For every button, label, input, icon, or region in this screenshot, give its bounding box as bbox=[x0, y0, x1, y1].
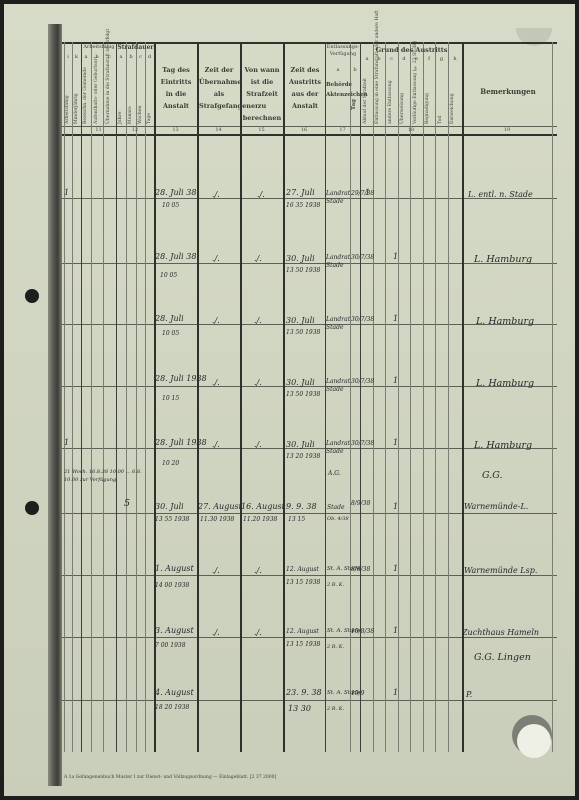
takeover-time: ./. bbox=[212, 378, 220, 387]
col-line bbox=[325, 42, 326, 752]
col-line bbox=[360, 42, 361, 752]
remark-extra: G.G. bbox=[482, 470, 503, 481]
binding-edge bbox=[48, 24, 62, 786]
col-line bbox=[72, 42, 73, 752]
sub-label: a bbox=[81, 54, 91, 61]
authority-extra: 2 R. K. bbox=[327, 706, 344, 712]
sentence-start: ./. bbox=[257, 190, 265, 199]
sentence-start: ./. bbox=[254, 566, 262, 575]
register-table: Arbeitsfähig Strafdauer i k a b c a b c … bbox=[62, 30, 557, 752]
authority: Landrat Stade bbox=[326, 190, 350, 206]
authority: Landrat Stade bbox=[326, 378, 350, 394]
entry-time: 10 05 bbox=[162, 330, 179, 337]
col-line bbox=[64, 42, 65, 752]
col-17b-header: Tag bbox=[352, 90, 357, 110]
exit-time: 13 15 1938 bbox=[286, 579, 320, 586]
col-line bbox=[462, 42, 464, 752]
exit-reason-mark: 1 bbox=[393, 438, 398, 447]
col-line bbox=[197, 42, 199, 752]
sentence-start: ./. bbox=[254, 628, 262, 637]
col-line bbox=[103, 42, 104, 752]
col-line bbox=[145, 42, 146, 752]
col-line bbox=[81, 42, 82, 752]
col-line bbox=[116, 42, 117, 752]
entry-date: 28. Juli 38 bbox=[155, 188, 196, 197]
authority: Landrat Stade bbox=[326, 316, 350, 332]
sub-label: i bbox=[64, 54, 72, 61]
column-number: 18 bbox=[360, 127, 462, 133]
exit-reason-mark: 1 bbox=[393, 314, 398, 323]
col-line bbox=[448, 42, 449, 752]
column-number: 19 bbox=[462, 127, 552, 133]
remark: Zuchthaus Hameln bbox=[462, 628, 539, 637]
takeover-time: 27. August bbox=[198, 502, 242, 511]
column-number: 14 bbox=[197, 127, 240, 133]
authority-extra: 2 R. K. bbox=[327, 644, 344, 650]
document-sheet: Arbeitsfähig Strafdauer i k a b c a b c … bbox=[4, 4, 575, 796]
entry-date: 28. Juli 38 bbox=[155, 252, 196, 261]
col-16-header: Zeit des Austritts aus der Anstalt bbox=[285, 64, 325, 112]
entry-date: 28. Juli 1938 bbox=[155, 374, 207, 383]
release-day: 30/7/38 bbox=[351, 378, 374, 385]
sub-label: a bbox=[361, 56, 373, 63]
col-line bbox=[552, 42, 553, 752]
col-17-title: Entlassungs-Verfügung bbox=[326, 44, 360, 58]
remark: Warnemünde-L. bbox=[464, 502, 528, 511]
vertical-label: Ablauf der Strafzeit bbox=[363, 68, 368, 124]
sentence-start: ./. bbox=[254, 440, 262, 449]
punch-hole-bottom bbox=[25, 501, 39, 515]
sub-label: b bbox=[126, 54, 136, 61]
release-day: 10/8/38 bbox=[351, 628, 374, 635]
sub-label: d bbox=[398, 56, 410, 63]
vertical-label: Entlassung in eine Strafanstalt oder and… bbox=[375, 68, 380, 124]
authority-extra: A.G. bbox=[328, 470, 341, 477]
entry-date: 28. Juli bbox=[155, 314, 184, 323]
vertical-label: Tod bbox=[438, 108, 443, 124]
sub-label: k bbox=[72, 54, 81, 61]
exit-date: 9. 9. 38 bbox=[286, 502, 317, 511]
sub-label: b bbox=[350, 67, 360, 74]
sentence-start: 16. August bbox=[241, 502, 285, 511]
exit-date: 12. August bbox=[286, 566, 319, 573]
vertical-label: andere Entlassung bbox=[388, 68, 393, 124]
col-14-header: Zeit der Übernahme als Strafgefangener bbox=[199, 64, 239, 112]
sub-label: g bbox=[435, 56, 448, 63]
col-19-header: Bemerkungen bbox=[464, 86, 552, 98]
vertical-label: Überweisung bbox=[400, 88, 405, 124]
authority-extra: 2 R. K. bbox=[327, 582, 344, 588]
sub-label: c bbox=[136, 54, 145, 61]
exit-time: 13 50 1938 bbox=[286, 329, 320, 336]
entry-date: 1. August bbox=[155, 564, 194, 573]
entry-time: 10 05 bbox=[162, 202, 179, 209]
sentence-start: ./. bbox=[254, 316, 262, 325]
exit-reason-mark: 1 bbox=[365, 188, 370, 197]
sub-label: h bbox=[448, 56, 462, 63]
exit-date: 23. 9. 38 bbox=[286, 688, 322, 697]
vertical-label: Bezeichn. der Gemeinde bbox=[83, 64, 88, 124]
col-line bbox=[240, 42, 242, 752]
exit-time: 13 15 bbox=[288, 516, 305, 523]
exit-time: 13 50 1938 bbox=[286, 267, 320, 274]
sentence-start: ./. bbox=[254, 378, 262, 387]
group-12-title: Strafdauer bbox=[117, 42, 154, 54]
vertical-label: Begnadigung bbox=[425, 90, 430, 124]
exit-date: 27. Juli bbox=[286, 188, 315, 197]
release-day: 29/7/38 bbox=[351, 190, 374, 197]
takeover-clock: 11.30 1938 bbox=[200, 516, 234, 523]
row-mark: 1 bbox=[64, 188, 69, 197]
col-line bbox=[283, 42, 285, 752]
entry-time: 7 00 1938 bbox=[155, 642, 186, 649]
exit-date: 30. Juli bbox=[286, 378, 315, 387]
authority: Stade bbox=[327, 504, 345, 511]
vertical-label: Minderjährig bbox=[74, 90, 79, 124]
col-line bbox=[398, 42, 399, 752]
entry-time: 10 15 bbox=[162, 395, 179, 402]
takeover-time: ./. bbox=[212, 254, 220, 263]
authority: Landrat Stade bbox=[326, 254, 350, 270]
col-15-header: Von wann ist die Strafzeit zu berechnen bbox=[242, 64, 282, 124]
entry-time: 10 05 bbox=[160, 272, 177, 279]
vertical-label: Wochen bbox=[138, 106, 143, 124]
remark: L. Hamburg bbox=[474, 254, 532, 265]
remark-extra: G.G. Lingen bbox=[474, 650, 554, 666]
authority: Landrat Stade bbox=[326, 440, 350, 456]
col-line bbox=[136, 42, 137, 752]
sub-label: a bbox=[326, 67, 350, 74]
takeover-time: ./. bbox=[212, 628, 220, 637]
release-day: 8/9/38 bbox=[351, 500, 370, 507]
takeover-time: ./. bbox=[212, 316, 220, 325]
sub-label: a bbox=[116, 54, 126, 61]
column-number: 16 bbox=[283, 127, 325, 133]
sentence-duration: 5 bbox=[124, 498, 130, 509]
exit-time: 13 30 bbox=[288, 704, 311, 713]
row-mark: 1 bbox=[64, 438, 69, 447]
release-day: 30/7/38 bbox=[351, 254, 374, 261]
exit-date: 30. Juli bbox=[286, 440, 315, 449]
entry-date: 30. Juli bbox=[155, 502, 184, 511]
exit-reason-mark: 1 bbox=[393, 564, 398, 573]
release-day: 8/8/38 bbox=[351, 566, 370, 573]
vertical-label: Arbeitsfähig bbox=[65, 90, 70, 124]
vertical-label: Tage bbox=[147, 106, 152, 124]
remark: L. entl. n. Stade bbox=[468, 190, 533, 199]
sub-label: f bbox=[423, 56, 435, 63]
column-number: 13 bbox=[154, 127, 197, 133]
remark: L. Hamburg bbox=[476, 316, 534, 327]
remark: Warnemünde Lsp. bbox=[464, 566, 537, 575]
sentence-start-clock: 11.20 1938 bbox=[243, 516, 277, 523]
entry-time: 18 20 1938 bbox=[155, 704, 189, 711]
release-day: 19/9 bbox=[351, 690, 364, 697]
sentence-start: ./. bbox=[254, 254, 262, 263]
remark: L. Hamburg bbox=[476, 378, 534, 389]
column-number: 15 bbox=[240, 127, 283, 133]
exit-date: 12. August bbox=[286, 628, 319, 635]
exit-time: 16 35 1938 bbox=[286, 202, 320, 209]
exit-reason-mark: 1 bbox=[393, 626, 398, 635]
exit-time: 13 50 1938 bbox=[286, 391, 320, 398]
exit-time: 13 20 1938 bbox=[286, 453, 320, 460]
col-13-header: Tag des Eintritts in die Anstalt bbox=[156, 64, 196, 112]
column-number: 11 bbox=[81, 127, 116, 133]
exit-reason-mark: 1 bbox=[393, 252, 398, 261]
col-line bbox=[350, 42, 351, 752]
col-line bbox=[385, 42, 386, 752]
exit-date: 30. Juli bbox=[286, 316, 315, 325]
col-17a-header: Behörde Aktenzeichen bbox=[326, 80, 350, 100]
column-number: 17 bbox=[325, 127, 360, 133]
col-line bbox=[423, 42, 424, 752]
takeover-time: ./. bbox=[212, 190, 220, 199]
column-number: 12 bbox=[116, 127, 154, 133]
entry-date: 4. August bbox=[155, 688, 194, 697]
authority-extra: Ob. 4/38 bbox=[327, 516, 349, 522]
vertical-label: Vorläufige Entlassung (§ 23 StGB.) bbox=[413, 70, 418, 124]
exit-reason-mark: 1 bbox=[393, 502, 398, 511]
entry-time: 10 20 bbox=[162, 460, 179, 467]
entry-time: 14 00 1938 bbox=[155, 582, 189, 589]
exit-reason-mark: 1 bbox=[393, 376, 398, 385]
takeover-time: ./. bbox=[212, 566, 220, 575]
col-line bbox=[435, 42, 436, 752]
takeover-time: ./. bbox=[212, 440, 220, 449]
entry-date: 3. August bbox=[155, 626, 194, 635]
vertical-label: Aufenthalts- oder Geburtsort bbox=[94, 64, 99, 124]
form-footer: A 1a Gefangenenbuch Muster I zur Dienst-… bbox=[64, 775, 276, 780]
release-day: 30/7/38 bbox=[351, 316, 374, 323]
vertical-label: Monate bbox=[128, 106, 133, 124]
release-day: 30/7/38 bbox=[351, 440, 374, 447]
punch-hole-top bbox=[25, 289, 39, 303]
col-line bbox=[373, 42, 374, 752]
vertical-label: Übernahme in die Strafanstalt ist erfolg… bbox=[106, 64, 111, 124]
sub-label: c bbox=[385, 56, 398, 63]
col-line bbox=[91, 42, 92, 752]
exit-time: 13 15 1938 bbox=[286, 641, 320, 648]
remark: L. Hamburg bbox=[474, 440, 532, 451]
exit-reason-mark: 1 bbox=[393, 688, 398, 697]
entry-date: 28. Juli 1938 bbox=[155, 438, 207, 447]
exit-date: 30. Juli bbox=[286, 254, 315, 263]
col-line bbox=[126, 42, 127, 752]
entry-time: 13 55 1938 bbox=[155, 516, 189, 523]
sub-label: d bbox=[145, 54, 154, 61]
vertical-label: Entweichung bbox=[450, 90, 455, 124]
vertical-label: Jahre bbox=[118, 106, 123, 124]
col-line bbox=[410, 42, 411, 752]
remark: P. bbox=[466, 690, 472, 699]
side-note: 21 Woch. 16.8.38 10.00 … 6.8. 10.00 zur … bbox=[64, 468, 152, 484]
